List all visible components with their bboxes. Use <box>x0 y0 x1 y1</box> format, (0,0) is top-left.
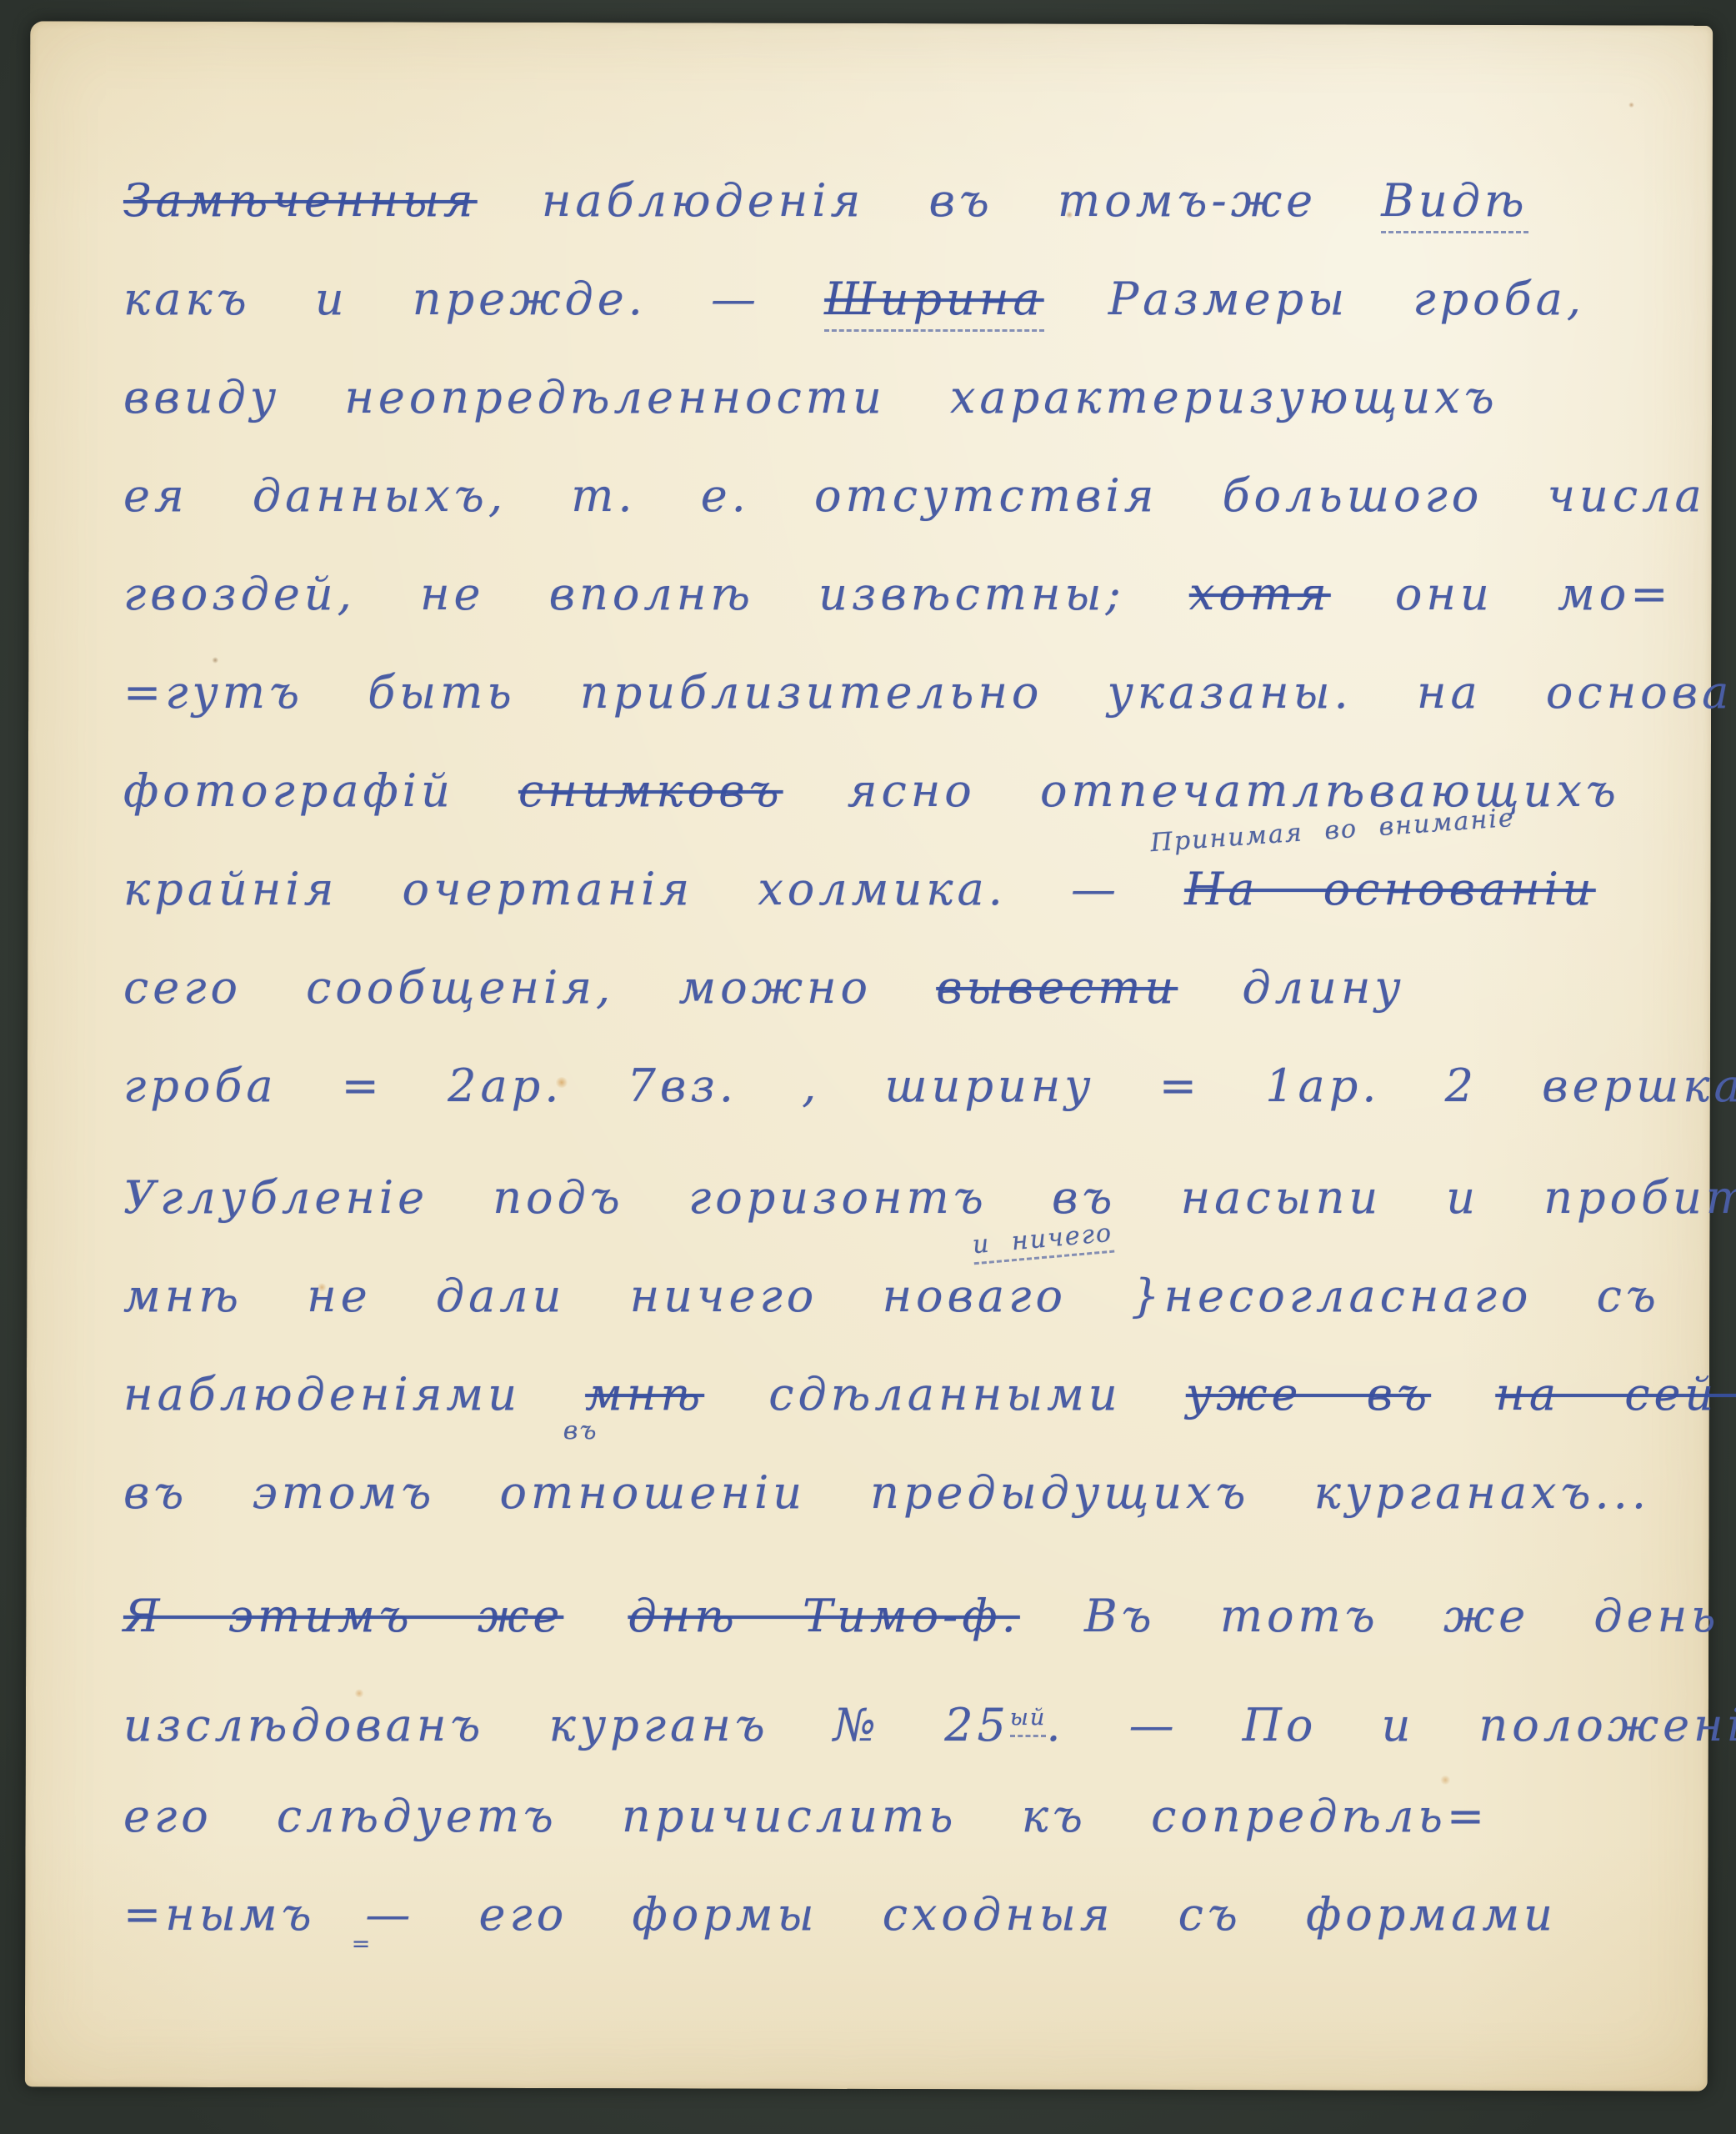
handwriting-segment: ый <box>1010 1705 1046 1737</box>
handwriting-line: гроба = 2ар. 7вз. , ширину = 1ар. 2 верш… <box>123 1037 1640 1135</box>
handwriting-segment: сего сообщенія, можно <box>123 961 936 1014</box>
handwriting-segment: наблюденія въ томъ-же <box>478 174 1382 227</box>
handwriting-segment: Видѣ <box>1381 174 1528 233</box>
handwriting-segment: Размеры гроба, <box>1044 273 1585 325</box>
handwriting-segment: — его формы сходныя съ формами <box>365 1888 1557 1941</box>
handwriting-line: =гутъ быть приблизительно указаны. на ос… <box>123 644 1640 742</box>
handwriting-segment: сдѣланными <box>704 1368 1186 1420</box>
handwriting-line: изслѣдованъ курганъ № 25ый. — По и полож… <box>123 1669 1640 1767</box>
handwriting-line: его слѣдуетъ причислить къ сопредѣль= <box>123 1767 1640 1866</box>
struck-text: на сей ст <box>1495 1368 1736 1420</box>
handwriting-segment: крайнія очертанія холмика. — <box>123 863 1184 915</box>
struck-text: снимковъ <box>518 764 783 817</box>
handwriting-segment: несогласнаго съ <box>1163 1270 1659 1322</box>
inserted-text: въ <box>563 1419 598 1444</box>
handwriting-segment: предыдущихъ курганахъ... <box>870 1466 1650 1519</box>
struck-text: Ширина <box>824 273 1044 332</box>
handwriting-segment: гроба = 2ар. 7вз. , ширину = 1ар. 2 верш… <box>123 1059 1736 1112</box>
handwriting-line: крайнія очертанія холмика. — Принимая во… <box>123 840 1640 939</box>
handwriting-line: ея данныхъ, т. е. отсутствія большого чи… <box>123 447 1640 545</box>
foxing-stain <box>1628 102 1634 108</box>
handwriting-segment: длину <box>1178 961 1404 1014</box>
struck-text: Я этимъ же <box>123 1590 563 1642</box>
handwriting-segment: =нымъ <box>123 1888 380 1941</box>
handwriting-lines: Замѣченныя наблюденія въ томъ-же Видѣкак… <box>123 152 1640 1964</box>
handwriting-line: въ этомъ отношеніи въ предыдущихъ курган… <box>123 1444 1640 1542</box>
handwriting-segment: . — По и положенію <box>1046 1699 1736 1751</box>
handwriting-line: Я этимъ же днѣ Тимо-ф. Въ тотъ же день <box>123 1567 1640 1666</box>
photo-backdrop: { "document": { "kind": "handwritten man… <box>0 0 1736 2134</box>
handwriting-segment: они мо= <box>1331 568 1673 620</box>
handwriting-segment: гвоздей, не вполнѣ извѣстны; <box>123 568 1189 620</box>
struck-text: вывести <box>936 961 1178 1014</box>
handwriting-segment: Углубленіе подъ горизонтъ въ насыпи и пр… <box>123 1171 1736 1224</box>
handwriting-segment: изслѣдованъ курганъ № 25 <box>123 1699 1010 1751</box>
handwriting-segment: фотографій <box>123 764 518 817</box>
handwriting-line: мнѣ не дали ничего новаго }и ничегонесог… <box>123 1247 1640 1345</box>
handwriting-line: гвоздей, не вполнѣ извѣстны; хотя они мо… <box>123 545 1640 644</box>
handwriting-line: =нымъ =— его формы сходныя съ формами <box>123 1866 1640 1964</box>
handwriting-line: наблюденіями мнѣ сдѣланными уже въ на се… <box>123 1345 1640 1444</box>
handwriting-segment: = <box>352 1933 371 1956</box>
struck-text: уже въ <box>1186 1368 1431 1420</box>
handwriting-segment <box>563 1590 628 1642</box>
struck-text: хотя <box>1189 568 1331 620</box>
handwriting-line: сего сообщенія, можно вывести длину <box>123 939 1640 1037</box>
handwriting-segment <box>1431 1368 1495 1420</box>
handwriting-line: какъ и прежде. — Ширина Размеры гроба, <box>123 250 1640 348</box>
handwriting-segment: его слѣдуетъ причислить къ сопредѣль= <box>123 1790 1488 1842</box>
struck-text: днѣ Тимо-ф. <box>628 1590 1019 1642</box>
handwriting-segment: ввиду неопредѣленности характеризующихъ <box>123 371 1498 423</box>
handwriting-segment: наблюденіями <box>123 1368 585 1420</box>
handwriting-segment: какъ и прежде. — <box>123 273 824 325</box>
handwriting-segment: Въ тотъ же день <box>1020 1590 1720 1642</box>
struck-text: Замѣченныя <box>123 174 478 227</box>
handwriting-segment: =гутъ быть приблизительно указаны. на ос… <box>123 666 1736 719</box>
handwriting-segment: мнѣ не дали ничего новаго } <box>123 1270 1163 1322</box>
struck-text: мнѣ <box>585 1368 704 1420</box>
handwriting-line: ввиду неопредѣленности характеризующихъ <box>123 348 1640 447</box>
struck-text: На основаніи <box>1184 863 1596 915</box>
handwriting-line: Замѣченныя наблюденія въ томъ-же Видѣ <box>123 152 1640 250</box>
handwriting-segment: въ этомъ отношеніи <box>123 1466 870 1519</box>
handwriting-segment: ея данныхъ, т. е. отсутствія большого чи… <box>123 469 1706 522</box>
handwriting-line: Углубленіе подъ горизонтъ въ насыпи и пр… <box>123 1149 1640 1247</box>
